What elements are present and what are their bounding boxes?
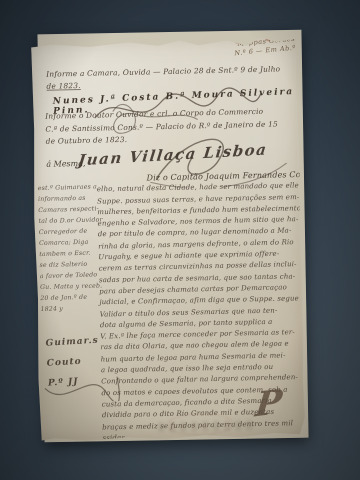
margin-signature: P.º JJ <box>47 371 101 394</box>
margin-note-line: Camaras respecti- <box>38 203 98 216</box>
margin-note-line: a favor de Toledo <box>40 269 100 282</box>
margin-signatures: Guimar.sCoutoP.º JJ <box>45 331 101 394</box>
margin-note-line: est.º Guimaraes a <box>38 181 98 194</box>
manuscript-page: Mappas GeraesN.º 6 — Em Ab.º Informe a C… <box>29 35 306 443</box>
closing-paraph: P <box>253 382 284 425</box>
margin-signature: Guimar.s <box>45 331 99 354</box>
margin-annotations: est.º Guimaraes ainformando asCamaras re… <box>38 182 101 315</box>
margin-note-line: 20 de Jan.º de <box>40 291 100 304</box>
margin-note-line: Corregedor de <box>39 225 99 238</box>
margin-note-line: tambem o Escr. <box>39 247 99 260</box>
margin-note-line: 1824 y <box>40 303 100 315</box>
